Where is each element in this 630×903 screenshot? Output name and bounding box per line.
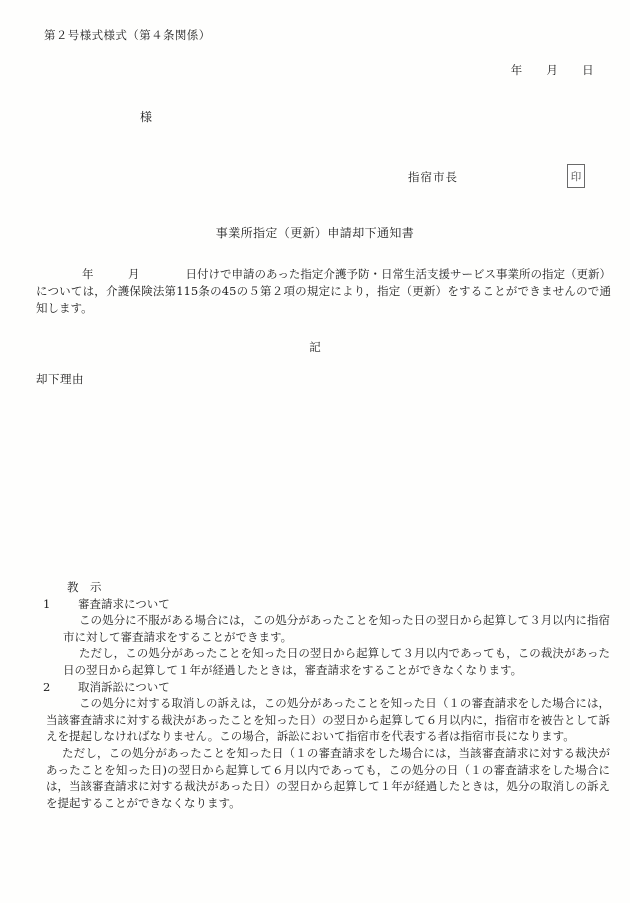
instruction-item-1-paragraph-1: この処分に不服がある場合には，この処分があったことを知った日の翌日から起算して３…: [63, 612, 610, 645]
instruction-item-1-number: 1: [43, 596, 78, 613]
instruction-section: 教 示 1 審査請求について この処分に不服がある場合には，この処分があったこと…: [36, 579, 610, 811]
instruction-item-1-heading: 1 審査請求について: [36, 596, 610, 613]
body-paragraph: 年 月 日付けで申請のあった指定介護予防・日常生活支援サービス事業所の指定（更新…: [36, 266, 611, 317]
seal-box: 印: [567, 164, 585, 188]
form-number: 第２号様式様式（第４条関係）: [44, 27, 211, 43]
instruction-item-2-number: 2: [43, 679, 78, 696]
ki-marker: 記: [0, 339, 630, 355]
instruction-item-2-paragraph-1: この処分に対する取消しの訴えは，この処分があったことを知った日（１の審査請求をし…: [46, 695, 610, 745]
instruction-item-2-heading: 2 取消訴訟について: [36, 679, 610, 696]
instruction-item-1-title: 審査請求について: [78, 596, 170, 613]
addressee-honorific: 様: [140, 108, 152, 125]
instruction-item-2-paragraph-2: ただし，この処分があったことを知った日（１の審査請求をした場合には，当該審査請求…: [46, 745, 610, 811]
issuer-title: 指宿市長: [408, 169, 458, 185]
document-page: 第２号様式様式（第４条関係） 年 月 日 様 指宿市長 印 事業所指定（更新）申…: [0, 0, 630, 903]
rejection-reason-label: 却下理由: [36, 371, 84, 387]
instruction-heading: 教 示: [67, 579, 610, 596]
seal-mark: 印: [571, 169, 582, 184]
date-line: 年 月 日: [0, 62, 594, 78]
document-title: 事業所指定（更新）申請却下通知書: [0, 224, 630, 241]
instruction-item-2-title: 取消訴訟について: [78, 679, 170, 696]
instruction-item-1-paragraph-2: ただし，この処分があったことを知った日の翌日から起算して３月以内であっても，この…: [63, 645, 610, 678]
